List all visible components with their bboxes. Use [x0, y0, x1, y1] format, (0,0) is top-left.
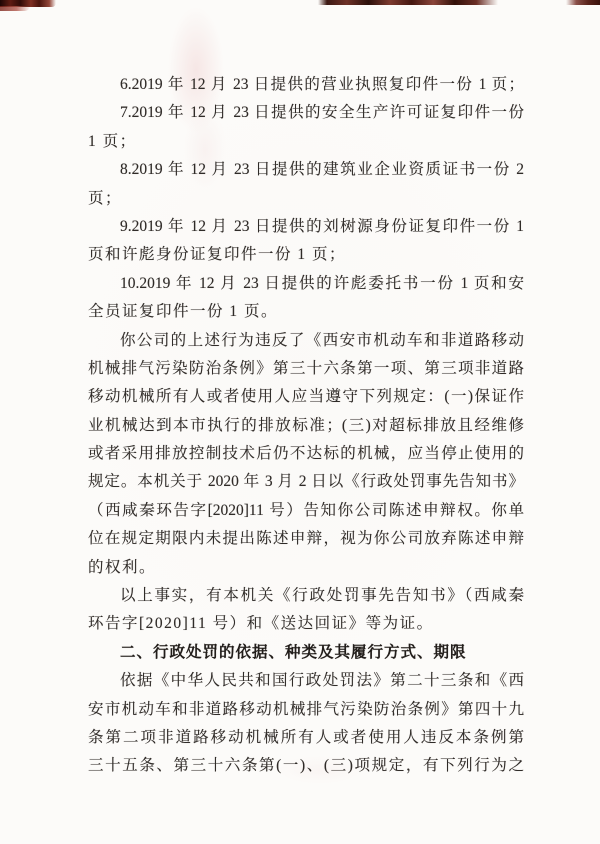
text-line: 条第二项非道路移动机械所有人或者使用人违反本条例第	[88, 724, 524, 752]
text-line: 三十五条、第三十六条第(一)、(三)项规定，有下列行为之	[88, 752, 524, 780]
section-heading: 二、行政处罚的依据、种类及其履行方式、期限	[88, 639, 524, 667]
text-line: 9.2019 年 12 月 23 日提供的刘树源身份证复印件一份 1	[88, 213, 524, 241]
scanned-document-page: 6.2019 年 12 月 23 日提供的营业执照复印件一份 1 页；7.201…	[0, 0, 600, 844]
text-line: 位在规定期限内未提出陈述申辩，视为你公司放弃陈述申辩	[88, 525, 524, 553]
text-line: 依据《中华人民共和国行政处罚法》第二十三条和《西	[88, 667, 524, 695]
scan-edge-artifact-middle	[318, 0, 498, 5]
text-line: 移动机械所有人或者使用人应当遵守下列规定：(一)保证作	[88, 383, 524, 411]
text-line: 你公司的上述行为违反了《西安市机动车和非道路移动	[88, 327, 524, 355]
text-line: 安市机动车和非道路移动机械排气污染防治条例》第四十九	[88, 696, 524, 724]
text-line: 页；	[88, 185, 524, 213]
text-line: 规定。本机关于 2020 年 3 月 2 日以《行政处罚事先告知书》	[88, 468, 524, 496]
scan-edge-artifact-right	[566, 0, 600, 5]
document-body: 6.2019 年 12 月 23 日提供的营业执照复印件一份 1 页；7.201…	[88, 71, 524, 781]
text-line: 的权利。	[88, 554, 524, 582]
text-line: 8.2019 年 12 月 23 日提供的建筑业企业资质证书一份 2	[88, 156, 524, 184]
text-line: 以上事实，有本机关《行政处罚事先告知书》（西咸秦	[88, 582, 524, 610]
text-line: 6.2019 年 12 月 23 日提供的营业执照复印件一份 1 页；	[88, 71, 524, 99]
text-line: 10.2019 年 12 月 23 日提供的许彪委托书一份 1 页和安	[88, 270, 524, 298]
text-line: 业机械达到本市执行的排放标准；(三)对超标排放且经维修	[88, 412, 524, 440]
text-line: 机械排气污染防治条例》第三十六条第一项、第三项非道路	[88, 355, 524, 383]
text-line: （西咸秦环告字[2020]11 号）告知你公司陈述申辩权。你单	[88, 497, 524, 525]
text-line: 全员证复印件一份 1 页。	[88, 298, 524, 326]
scan-edge-artifact-left-red	[0, 6, 30, 11]
text-line: 或者采用排放控制技术后仍不达标的机械，应当停止使用的	[88, 440, 524, 468]
text-line: 1 页；	[88, 128, 524, 156]
text-line: 页和许彪身份证复印件一份 1 页；	[88, 241, 524, 269]
text-line: 环告字[2020]11 号）和《送达回证》等为证。	[88, 610, 524, 638]
text-line: 7.2019 年 12 月 23 日提供的安全生产许可证复印件一份	[88, 99, 524, 127]
